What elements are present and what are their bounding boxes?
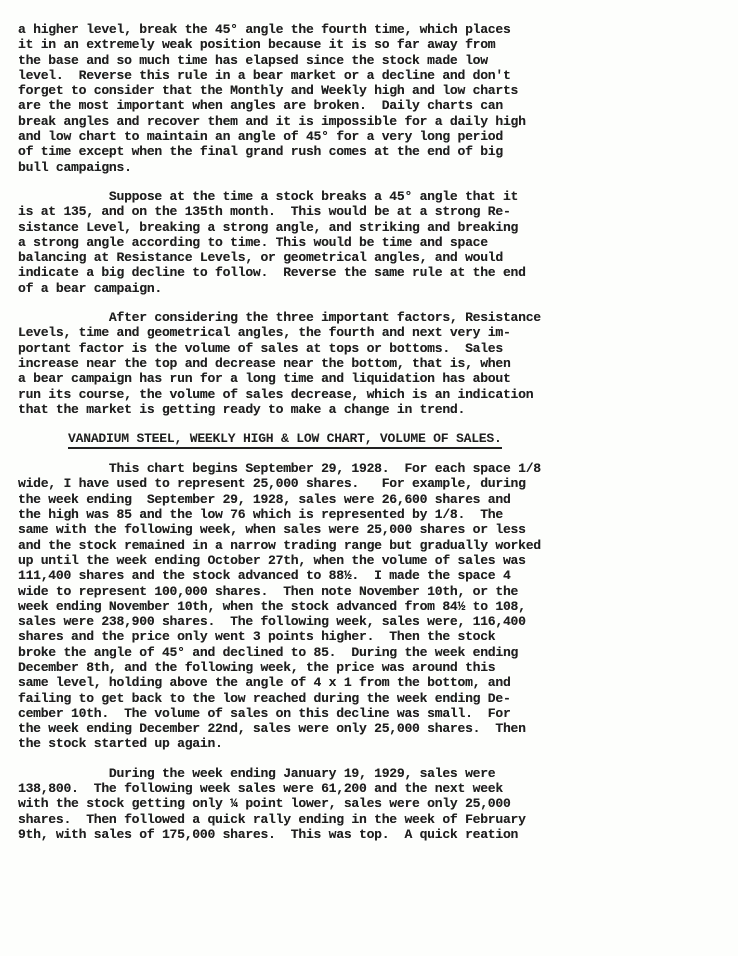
- text-line: a strong angle according to time. This w…: [18, 235, 728, 250]
- paragraph-suppose: Suppose at the time a stock breaks a 45°…: [18, 189, 728, 296]
- text-line: Levels, time and geometrical angles, the…: [18, 325, 728, 340]
- text-line: sistance Level, breaking a strong angle,…: [18, 220, 728, 235]
- text-line: the week ending December 22nd, sales wer…: [18, 721, 728, 736]
- text-line: same with the following week, when sales…: [18, 522, 728, 537]
- text-line: shares. Then followed a quick rally endi…: [18, 812, 728, 827]
- text-line: the base and so much time has elapsed si…: [18, 53, 728, 68]
- text-line: bull campaigns.: [18, 160, 728, 175]
- text-line: of a bear campaign.: [18, 281, 728, 296]
- paragraph-gap: [18, 449, 728, 461]
- text-line: it in an extremely weak position because…: [18, 37, 728, 52]
- text-line: is at 135, and on the 135th month. This …: [18, 204, 728, 219]
- paragraph-gap: [18, 175, 728, 189]
- text-line: break angles and recover them and it is …: [18, 114, 728, 129]
- text-line: balancing at Resistance Levels, or geome…: [18, 250, 728, 265]
- text-line: cember 10th. The volume of sales on this…: [18, 706, 728, 721]
- text-line: of time except when the final grand rush…: [18, 144, 728, 159]
- section-heading: VANADIUM STEEL, WEEKLY HIGH & LOW CHART,…: [68, 429, 728, 449]
- text-line: sales were 238,900 shares. The following…: [18, 614, 728, 629]
- paragraph-gap: [18, 417, 728, 429]
- text-line: the high was 85 and the low 76 which is …: [18, 507, 728, 522]
- paragraph-gap: [18, 296, 728, 310]
- text-line: increase near the top and decrease near …: [18, 356, 728, 371]
- text-line: December 8th, and the following week, th…: [18, 660, 728, 675]
- text-line: that the market is getting ready to make…: [18, 402, 728, 417]
- text-line: the week ending September 29, 1928, sale…: [18, 492, 728, 507]
- paragraph-january: During the week ending January 19, 1929,…: [18, 766, 728, 842]
- text-line: wide, I have used to represent 25,000 sh…: [18, 476, 728, 491]
- text-line: and low chart to maintain an angle of 45…: [18, 129, 728, 144]
- paragraph-continuation: a higher level, break the 45° angle the …: [18, 22, 728, 175]
- typewritten-page: a higher level, break the 45° angle the …: [18, 22, 728, 842]
- text-line: 111,400 shares and the stock advanced to…: [18, 568, 728, 583]
- text-line: portant factor is the volume of sales at…: [18, 341, 728, 356]
- text-line: shares and the price only went 3 points …: [18, 629, 728, 644]
- text-line: up until the week ending October 27th, w…: [18, 553, 728, 568]
- text-line: a higher level, break the 45° angle the …: [18, 22, 728, 37]
- text-line: During the week ending January 19, 1929,…: [18, 766, 728, 781]
- text-line: run its course, the volume of sales decr…: [18, 387, 728, 402]
- text-line: with the stock getting only ¼ point lowe…: [18, 796, 728, 811]
- text-line: 138,800. The following week sales were 6…: [18, 781, 728, 796]
- text-line: failing to get back to the low reached d…: [18, 691, 728, 706]
- text-line: broke the angle of 45° and declined to 8…: [18, 645, 728, 660]
- text-line: level. Reverse this rule in a bear marke…: [18, 68, 728, 83]
- text-line: indicate a big decline to follow. Revers…: [18, 265, 728, 280]
- text-line: week ending November 10th, when the stoc…: [18, 599, 728, 614]
- text-line: This chart begins September 29, 1928. Fo…: [18, 461, 728, 476]
- text-line: After considering the three important fa…: [18, 310, 728, 325]
- paragraph-chart-begins: This chart begins September 29, 1928. Fo…: [18, 461, 728, 752]
- text-line: wide to represent 100,000 shares. Then n…: [18, 584, 728, 599]
- text-line: and the stock remained in a narrow tradi…: [18, 538, 728, 553]
- text-line: a bear campaign has run for a long time …: [18, 371, 728, 386]
- section-title: VANADIUM STEEL, WEEKLY HIGH & LOW CHART,…: [68, 431, 502, 449]
- text-line: 9th, with sales of 175,000 shares. This …: [18, 827, 728, 842]
- text-line: Suppose at the time a stock breaks a 45°…: [18, 189, 728, 204]
- paragraph-after-considering: After considering the three important fa…: [18, 310, 728, 417]
- text-line: are the most important when angles are b…: [18, 98, 728, 113]
- paragraph-gap: [18, 752, 728, 766]
- text-line: the stock started up again.: [18, 736, 728, 751]
- text-line: forget to consider that the Monthly and …: [18, 83, 728, 98]
- text-line: same level, holding above the angle of 4…: [18, 675, 728, 690]
